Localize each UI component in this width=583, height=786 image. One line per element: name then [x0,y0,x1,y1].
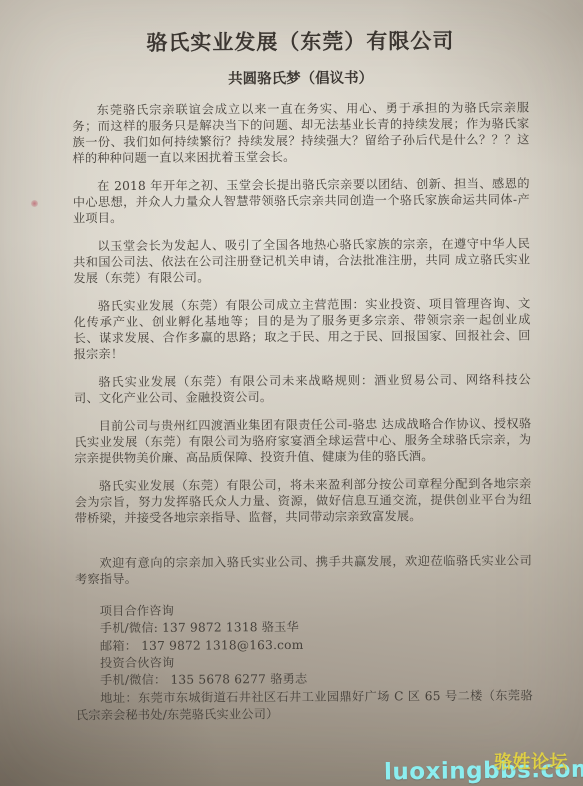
paragraph-founding: 以玉堂会长为发起人、吸引了全国各地热心骆氏家族的宗亲，在遵守中华人民共和国公司法… [73,236,530,287]
document-subtitle: 共圆骆氏梦（倡议书） [72,66,529,90]
watermark-site-name: 骆姓论坛 [494,748,568,774]
paragraph-business-scope: 骆氏实业发展（东莞）有限公司成立主营范围：实业投资、项目管理咨询、文化传承产业、… [73,296,530,363]
address-line: 地址：东莞市东城街道石井社区石井工业园鼎好广场 C 区 65 号二楼（东莞骆氏宗… [76,688,533,724]
paragraph-cooperation: 目前公司与贵州红四渡酒业集团有限责任公司-骆忠 达成战略合作协议、授权骆氏实业发… [74,416,531,467]
paragraph-intro: 东莞骆氏宗亲联谊会成立以来一直在务实、用心、勇于承担的为骆氏宗亲服务；而这样的服… [72,100,529,167]
red-pen-mark [31,200,38,207]
paragraph-2018-vision: 在 2018 年开年之初、玉堂会长提出骆氏宗亲要以团结、创新、担当、感恩的中心思… [73,176,530,227]
contact-section: 项目合作咨询 手机/微信: 137 9872 1318 骆玉华 邮箱： 137 … [75,601,533,690]
paragraph-invitation: 欢迎有意向的宗亲加入骆氏实业公司、携手共赢发展，欢迎莅临骆氏实业公司考察指导。 [75,553,532,588]
paragraph-strategy: 骆氏实业发展（东莞）有限公司未来战略规则：酒业贸易公司、网络科技公司、文化产业公… [74,372,531,407]
document-title: 骆氏实业发展（东莞）有限公司 [72,25,529,58]
document-photo: 骆氏实业发展（东莞）有限公司 共圆骆氏梦（倡议书） 东莞骆氏宗亲联谊会成立以来一… [0,0,583,786]
paragraph-profit-sharing: 骆氏实业发展（东莞）有限公司，将未来盈利部分按公司章程分配到各地宗亲会为宗旨，努… [75,476,532,527]
contact-phone-investment: 手机/微信： 135 5678 6277 骆勇志 [100,670,533,690]
proposal-document: 骆氏实业发展（东莞）有限公司 共圆骆氏梦（倡议书） 东莞骆氏宗亲联谊会成立以来一… [0,0,583,786]
